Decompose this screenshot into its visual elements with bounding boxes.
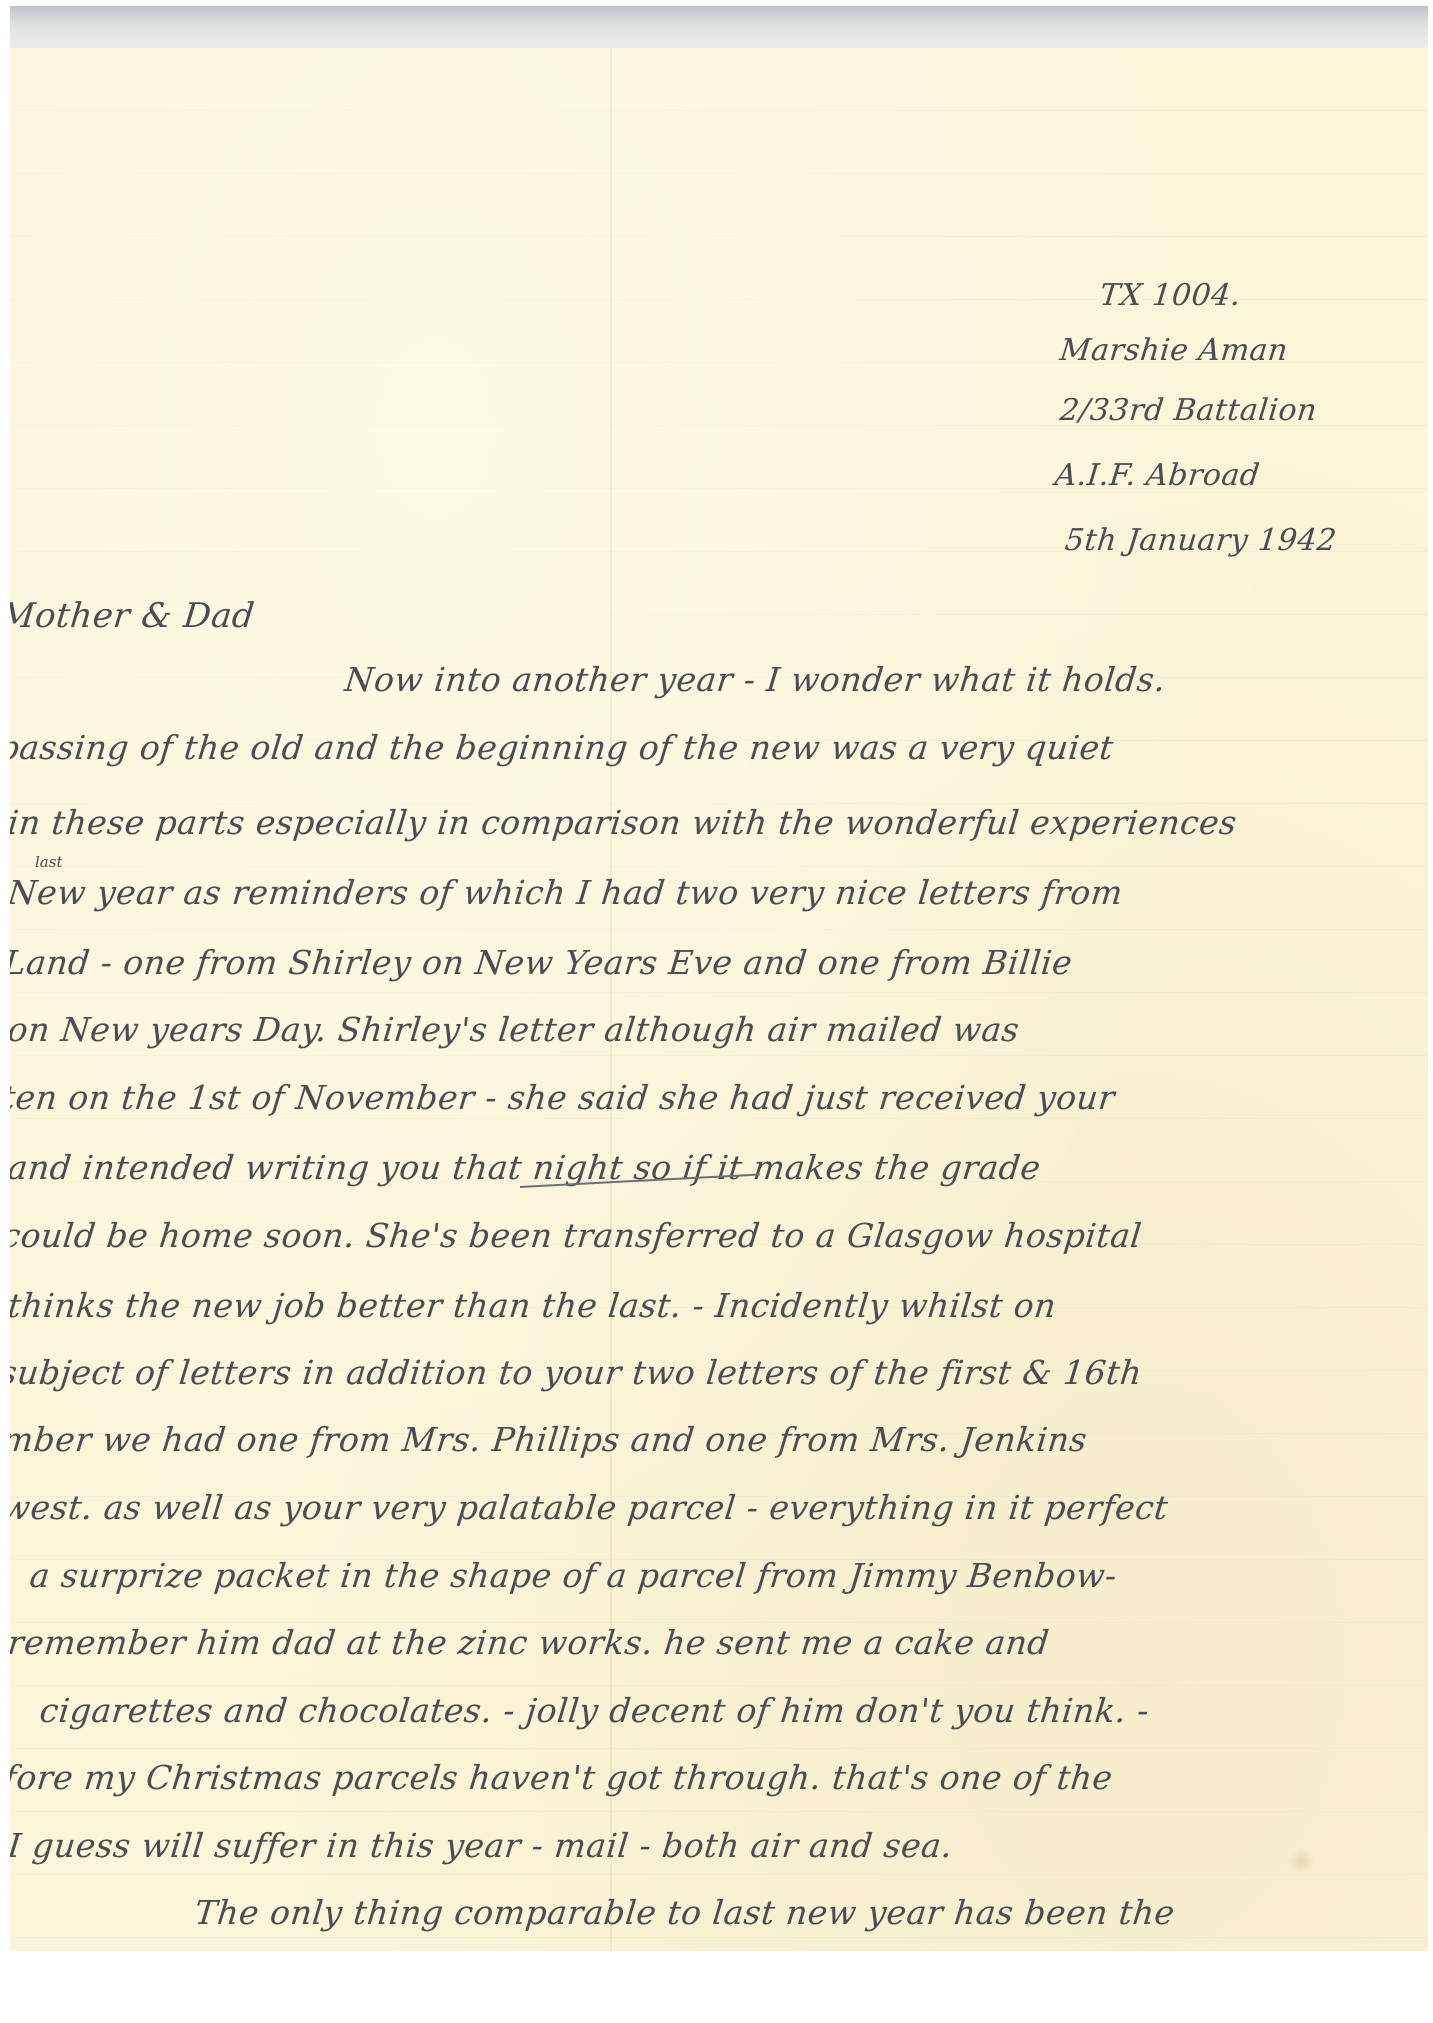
body-line: a surprize packet in the shape of a parc… <box>28 1556 1119 1595</box>
letter-page: TX 1004. Marshie Aman 2/33rd Battalion A… <box>10 48 1428 1951</box>
body-line: remember him dad at the zinc works. he s… <box>10 1623 1051 1662</box>
body-line: Land - one from Shirley on New Years Eve… <box>10 943 1074 982</box>
body-line: New year as reminders of which I had two… <box>10 873 1125 912</box>
sender-name: Marshie Aman <box>1058 333 1290 368</box>
letter-date: 5th January 1942 <box>1063 523 1338 558</box>
force: A.I.F. Abroad <box>1053 458 1261 493</box>
body-line: mber we had one from Mrs. Phillips and o… <box>10 1420 1089 1459</box>
body-line: subject of letters in addition to your t… <box>10 1353 1144 1392</box>
body-line: could be home soon. She's been transferr… <box>10 1216 1144 1255</box>
paper-stain <box>1288 1848 1314 1874</box>
unit: 2/33rd Battalion <box>1058 393 1319 428</box>
interlinear-insertion: last <box>35 853 62 871</box>
body-line: thinks the new job better than the last.… <box>10 1286 1058 1325</box>
body-line: Now into another year - I wonder what it… <box>343 660 1168 699</box>
body-line: ten on the 1st of November - she said sh… <box>10 1078 1117 1117</box>
body-line: I guess will suffer in this year - mail … <box>10 1826 955 1865</box>
body-line: passing of the old and the beginning of … <box>10 728 1116 767</box>
salutation: Mother & Dad <box>10 596 257 636</box>
scanner-edge-shadow <box>10 6 1428 50</box>
paper-fold <box>610 48 612 1951</box>
body-line: and intended writing you that night so i… <box>10 1148 1043 1187</box>
body-line: west. as well as your very palatable par… <box>10 1488 1170 1527</box>
body-line: cigarettes and chocolates. - jolly decen… <box>38 1691 1151 1730</box>
service-number: TX 1004. <box>1098 278 1242 313</box>
body-line: The only thing comparable to last new ye… <box>193 1893 1177 1932</box>
body-line: fore my Christmas parcels haven't got th… <box>10 1758 1115 1797</box>
body-line: in these parts especially in comparison … <box>10 803 1239 842</box>
body-line: on New years Day. Shirley's letter altho… <box>10 1010 1021 1049</box>
